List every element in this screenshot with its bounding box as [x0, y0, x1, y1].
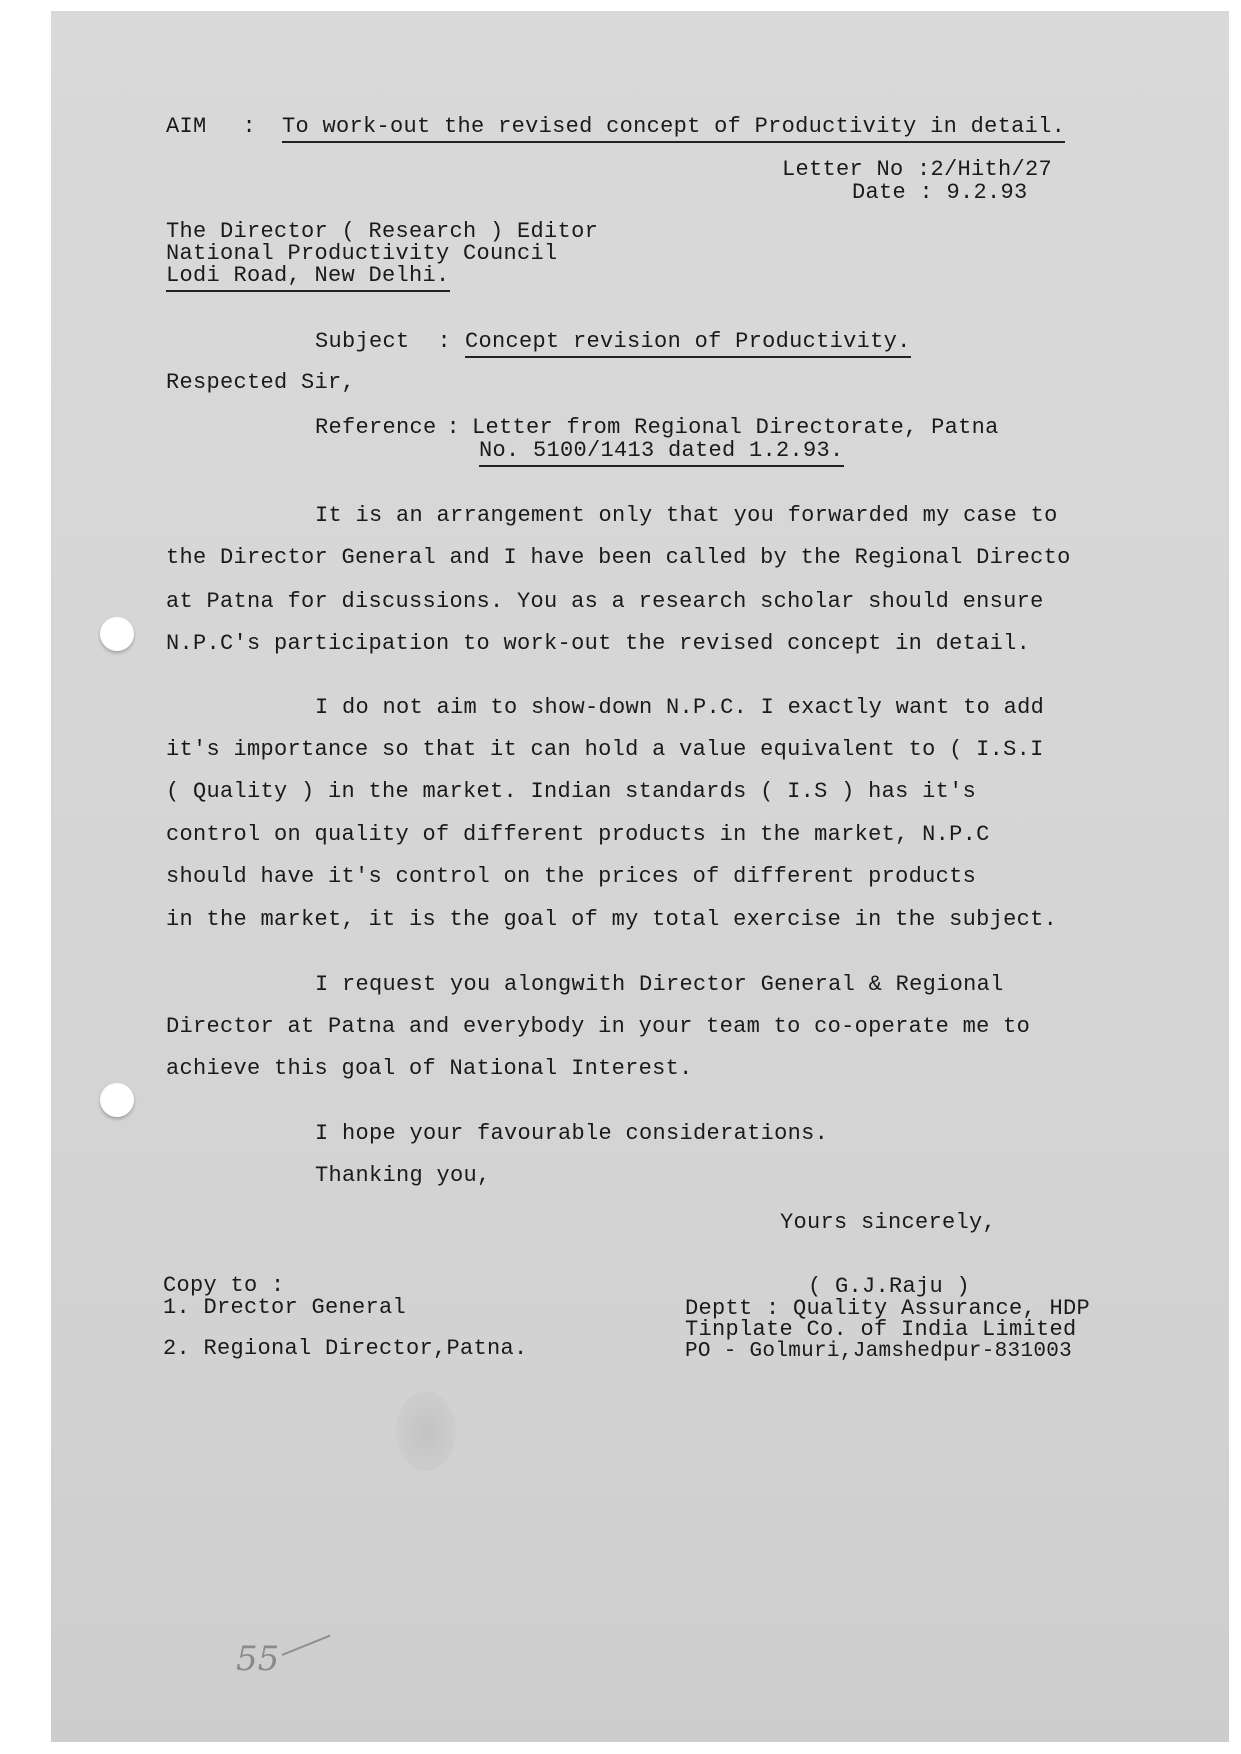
para2-line-5: should have it's control on the prices o…: [166, 864, 976, 890]
para3-line-1: I request you alongwith Director General…: [315, 972, 1004, 998]
letter-date: Date : 9.2.93: [852, 180, 1028, 206]
reference-line-2: No. 5100/1413 dated 1.2.93.: [479, 438, 844, 464]
para3-line-2: Director at Patna and everybody in your …: [166, 1014, 1030, 1040]
punch-hole-bottom: [100, 1083, 134, 1117]
para1-line-2: the Director General and I have been cal…: [166, 545, 1071, 571]
para2-line-4: control on quality of different products…: [166, 822, 990, 848]
para1-line-1: It is an arrangement only that you forwa…: [315, 503, 1058, 529]
para2-line-2: it's importance so that it can hold a va…: [166, 737, 1044, 763]
reference-label: Reference: [315, 415, 437, 440]
handwritten-page-number: 55: [236, 1639, 279, 1679]
para2-line-1: I do not aim to show-down N.P.C. I exact…: [315, 695, 1044, 721]
para3-line-3: achieve this goal of National Interest.: [166, 1056, 693, 1082]
ink-smudge: [396, 1391, 456, 1471]
addressee-line-3-text: Lodi Road, New Delhi.: [166, 263, 450, 292]
reference-text-2: No. 5100/1413 dated 1.2.93.: [479, 438, 844, 467]
aim-label: AIM: [166, 114, 207, 139]
valediction: Yours sincerely,: [780, 1210, 996, 1236]
closing-thanks: Thanking you,: [315, 1163, 491, 1189]
handwritten-stroke: [282, 1635, 331, 1656]
scanned-letter-page: AIM:To work-out the revised concept of P…: [51, 11, 1229, 1742]
reference-text-1: Letter from Regional Directorate, Patna: [472, 415, 999, 440]
closing-considerations: I hope your favourable considerations.: [315, 1121, 828, 1147]
reference-separator: :: [447, 415, 461, 440]
aim-line: AIM:To work-out the revised concept of P…: [166, 114, 1065, 140]
para2-line-3: ( Quality ) in the market. Indian standa…: [166, 779, 976, 805]
signatory-address: PO - Golmuri,Jamshedpur-831003: [685, 1339, 1072, 1365]
aim-separator: :: [243, 114, 257, 139]
copy-to-item-1: 1. Drector General: [163, 1295, 406, 1321]
subject-separator: :: [438, 329, 452, 354]
addressee-line-3: Lodi Road, New Delhi.: [166, 263, 450, 289]
subject-text: Concept revision of Productivity.: [465, 329, 911, 358]
salutation: Respected Sir,: [166, 370, 355, 396]
subject-line: Subject:Concept revision of Productivity…: [315, 329, 911, 355]
para1-line-4: N.P.C's participation to work-out the re…: [166, 631, 1030, 657]
punch-hole-top: [100, 617, 134, 651]
subject-label: Subject: [315, 329, 410, 354]
copy-to-item-2: 2. Regional Director,Patna.: [163, 1336, 528, 1362]
aim-text: To work-out the revised concept of Produ…: [282, 114, 1065, 143]
para1-line-3: at Patna for discussions. You as a resea…: [166, 589, 1044, 615]
para2-line-6: in the market, it is the goal of my tota…: [166, 907, 1057, 933]
